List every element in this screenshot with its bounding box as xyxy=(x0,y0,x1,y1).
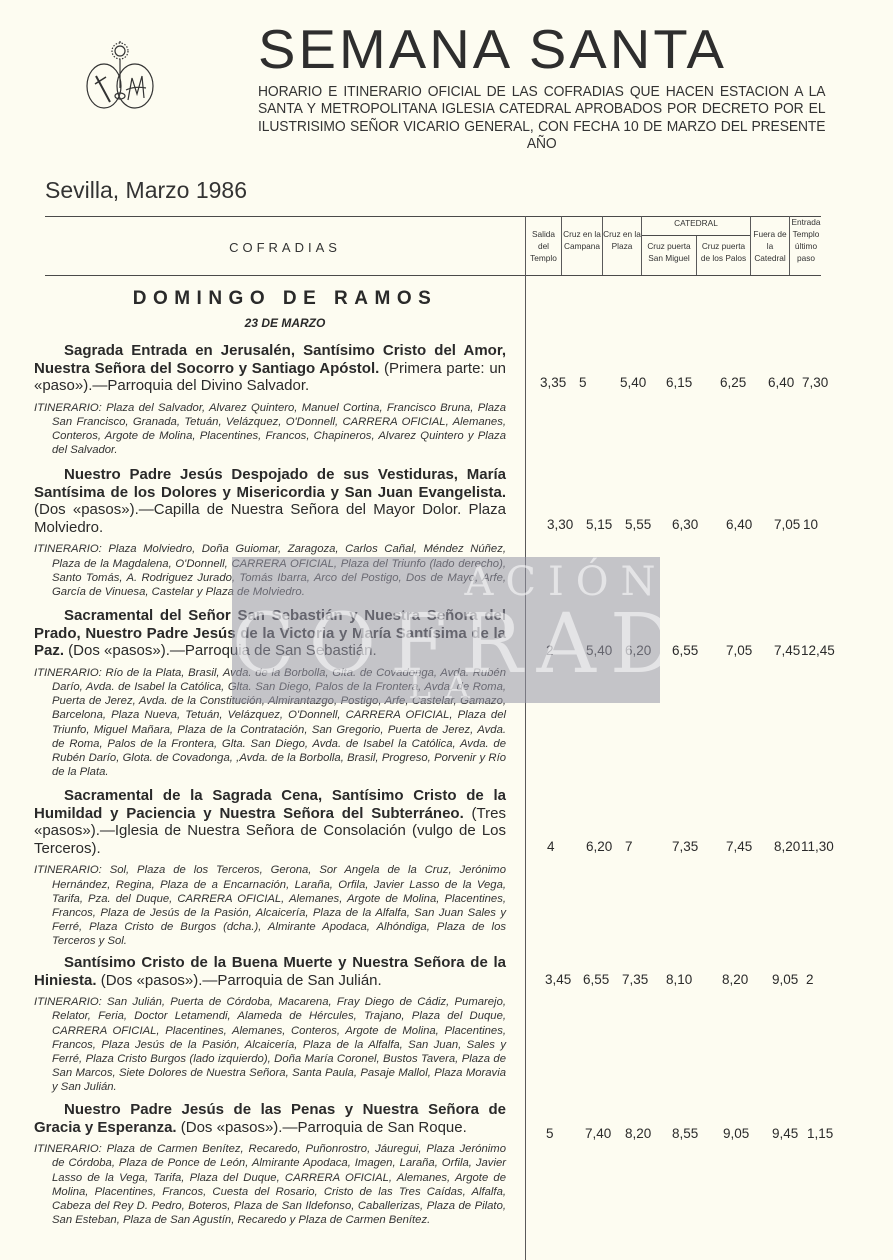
time-palos: 9,05 xyxy=(723,1126,749,1141)
time-palos: 7,45 xyxy=(726,839,752,854)
time-entrada: 1,15 xyxy=(807,1126,833,1141)
cofradia-detail: (Dos «pasos»).—Capilla de Nuestra Señora… xyxy=(34,501,506,536)
cofradia-detail: (Dos «pasos»).—Parroquia de San Roque. xyxy=(177,1119,467,1136)
column-group-catedral: CATEDRAL xyxy=(642,217,750,229)
cofradia-times: 3,45 6,55 7,35 8,10 8,20 9,05 2 xyxy=(526,972,826,992)
page-subtitle: HORARIO E ITINERARIO OFICIAL DE LAS COFR… xyxy=(258,84,825,153)
time-san-miguel: 8,10 xyxy=(666,972,692,987)
time-san-miguel: 7,35 xyxy=(672,839,698,854)
time-campana: 7,40 xyxy=(585,1126,611,1141)
time-plaza: 5,40 xyxy=(620,375,646,390)
cofradia-name: Sacramental de la Sagrada Cena, Santísim… xyxy=(34,787,506,822)
cofradia-times: 5 7,40 8,20 8,55 9,05 9,45 1,15 xyxy=(526,1126,826,1146)
cofradias-column-header: COFRADIAS xyxy=(45,240,525,255)
time-salida: 3,35 xyxy=(540,375,566,390)
brotherhood-emblem-icon xyxy=(84,40,156,112)
time-plaza: 7 xyxy=(625,839,633,854)
time-salida: 4 xyxy=(547,839,555,854)
cofradia-itinerary: ITINERARIO: San Julián, Puerta de Córdob… xyxy=(34,995,506,1094)
column-divider-main xyxy=(525,216,526,1260)
time-campana: 6,55 xyxy=(583,972,609,987)
cofradia-name: Nuestro Padre Jesús Despojado de sus Ves… xyxy=(34,466,506,501)
time-plaza: 5,55 xyxy=(625,517,651,532)
time-san-miguel: 6,30 xyxy=(672,517,698,532)
column-header-entrada: Entrada Templo último paso xyxy=(790,216,822,264)
day-title: DOMINGO DE RAMOS xyxy=(45,288,525,310)
time-entrada: 7,30 xyxy=(802,375,828,390)
cofradia-entry: Sacramental de la Sagrada Cena, Santísim… xyxy=(34,787,506,949)
column-header-salida: Salida del Templo xyxy=(526,228,561,264)
cofradia-times: 3,35 5 5,40 6,15 6,25 6,40 7,30 xyxy=(526,375,826,395)
column-header-fuera: Fuera de la Catedral xyxy=(751,228,789,264)
time-fuera: 7,05 xyxy=(774,517,800,532)
time-entrada: 12,45 xyxy=(801,643,835,658)
time-plaza: 7,35 xyxy=(622,972,648,987)
column-header-campana: Cruz en la Campana xyxy=(562,228,602,252)
time-entrada: 2 xyxy=(806,972,814,987)
time-fuera: 7,45 xyxy=(774,643,800,658)
watermark-overlay: ACIÓN COFRADE LA xyxy=(232,557,660,703)
cofradia-detail: (Dos «pasos»).—Parroquia de San Julián. xyxy=(97,972,382,989)
time-san-miguel: 8,55 xyxy=(672,1126,698,1141)
table-header-bottom-rule xyxy=(45,275,821,276)
column-header-plaza: Cruz en la Plaza xyxy=(603,228,641,252)
watermark-line: LA xyxy=(232,667,660,703)
cofradia-itinerary: ITINERARIO: Sol, Plaza de los Terceros, … xyxy=(34,863,506,948)
time-entrada: 11,30 xyxy=(801,839,834,854)
time-salida: 3,30 xyxy=(547,517,573,532)
page-title: SEMANA SANTA xyxy=(258,18,727,80)
time-san-miguel: 6,55 xyxy=(672,643,698,658)
column-header-san-miguel: Cruz puerta San Miguel xyxy=(642,240,696,264)
time-palos: 8,20 xyxy=(722,972,748,987)
time-san-miguel: 6,15 xyxy=(666,375,692,390)
time-campana: 5,15 xyxy=(586,517,612,532)
day-date: 23 DE MARZO xyxy=(45,316,525,330)
cofradia-times: 4 6,20 7 7,35 7,45 8,20 11,30 xyxy=(526,839,826,859)
time-palos: 6,40 xyxy=(726,517,752,532)
time-campana: 6,20 xyxy=(586,839,612,854)
time-palos: 7,05 xyxy=(726,643,752,658)
time-campana: 5 xyxy=(579,375,587,390)
time-palos: 6,25 xyxy=(720,375,746,390)
time-fuera: 8,20 xyxy=(774,839,800,854)
cofradia-entry: Sagrada Entrada en Jerusalén, Santísimo … xyxy=(34,342,506,458)
cofradia-entry: Nuestro Padre Jesús de las Penas y Nuest… xyxy=(34,1101,506,1227)
cofradia-itinerary: ITINERARIO: Plaza de Carmen Benítez, Rec… xyxy=(34,1142,506,1227)
time-fuera: 9,45 xyxy=(772,1126,798,1141)
place-date: Sevilla, Marzo 1986 xyxy=(45,177,247,204)
time-fuera: 9,05 xyxy=(772,972,798,987)
cofradia-itinerary: ITINERARIO: Plaza del Salvador, Alvarez … xyxy=(34,401,506,458)
time-fuera: 6,40 xyxy=(768,375,794,390)
time-entrada: 10 xyxy=(803,517,818,532)
time-plaza: 8,20 xyxy=(625,1126,651,1141)
column-header-palos: Cruz puerta de los Palos xyxy=(697,240,750,264)
time-salida: 3,45 xyxy=(545,972,571,987)
time-salida: 5 xyxy=(546,1126,554,1141)
cofradia-entry: Santísimo Cristo de la Buena Muerte y Nu… xyxy=(34,954,506,1095)
cofradia-times: 3,30 5,15 5,55 6,30 6,40 7,05 10 xyxy=(526,517,826,537)
